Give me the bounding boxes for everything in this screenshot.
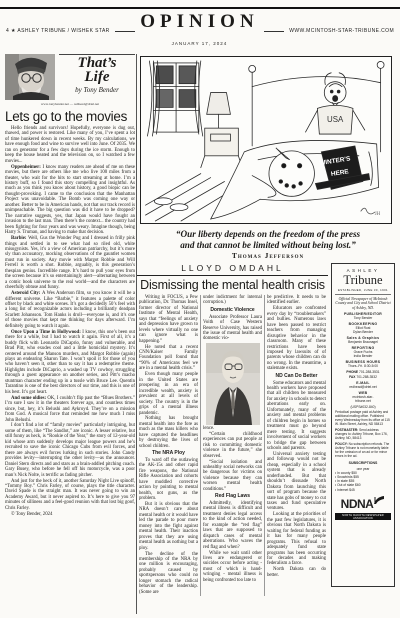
ndna-flag-icon bbox=[373, 495, 385, 505]
article-paragraph: Universal anxiety testing and followup w… bbox=[267, 452, 326, 512]
header-rule-left bbox=[115, 31, 136, 32]
article-paragraph: Associate Professor Laura Voith of Case … bbox=[203, 315, 262, 342]
article-paragraph: ND Can Do Better bbox=[267, 374, 326, 380]
article-paragraph: “Social isolation and unhealthy social n… bbox=[203, 460, 262, 493]
byline-rule bbox=[137, 275, 328, 276]
omdahl-col-3: be predictive. It needs to be identified… bbox=[264, 295, 328, 596]
article-paragraph: But it is obvious that the NRA doesn’t c… bbox=[139, 502, 198, 551]
masthead-box: ASHLEY Tribune ESTABLISHED, JUNE 30, 190… bbox=[331, 263, 395, 587]
article-paragraph: Educators are confronted every day by “t… bbox=[267, 306, 326, 371]
masthead-line: POSTMASTER: Send address changes to: Ash… bbox=[335, 429, 391, 441]
masthead-line: PHONE 701-288-3531 bbox=[335, 370, 391, 374]
header-left-text: 4 ★ ASHLEY TRIBUNE / WISHEK STAR bbox=[6, 28, 110, 34]
article-paragraph: And just for the heck of it, another Sat… bbox=[5, 479, 135, 512]
omdahl-col-1: Writing in FOCUS, a Pew publication, Dr.… bbox=[137, 295, 200, 596]
masthead-line: redhead@drtel.net bbox=[335, 385, 391, 389]
thats-life-title-box: That’s Life by Tony Bender bbox=[59, 54, 135, 100]
article-paragraph: Admittedly, identifying mental illness i… bbox=[203, 501, 262, 550]
jefferson-quote: “Our liberty depends on the freedom of t… bbox=[145, 229, 391, 260]
masthead-established: ESTABLISHED, JUNE 30, 1901 bbox=[335, 288, 391, 295]
article-paragraph: be predictive. It needs to be identified… bbox=[267, 295, 326, 306]
article-paragraph: lence. bbox=[203, 426, 262, 431]
section-title: OPINION bbox=[140, 11, 258, 32]
masthead-official: Official Newspaper of McIntosh County an… bbox=[335, 297, 391, 311]
lloyd-omdahl-photo bbox=[206, 343, 260, 425]
author-contact-line: www.tonybender.net — redhead@drtel.net bbox=[5, 102, 135, 106]
article-paragraph: Nothing has brought mental health into t… bbox=[139, 416, 198, 449]
article-paragraph: To ward off the outlawing the AK-15s and… bbox=[139, 458, 198, 502]
article-paragraph: © Tony Bender, 2024 bbox=[5, 512, 135, 517]
article-paragraph: Barbie: Well, Gus the Wonder Pug and I d… bbox=[5, 236, 135, 291]
article-paragraph: Once Upon a Time in Hollywood: I know, t… bbox=[5, 330, 135, 395]
masthead-line: SUBSCRIPTIONS bbox=[335, 461, 391, 465]
article-paragraph: Red Flag Laws bbox=[203, 494, 262, 500]
header-rule-right bbox=[264, 31, 285, 32]
article-paragraph: Oppenheimer: I know many readers are ahe… bbox=[5, 165, 135, 236]
quote-attribution: Thomas Jefferson bbox=[145, 251, 391, 260]
article-paragraph: Hello friends and survivors! Hopefully, … bbox=[5, 126, 135, 164]
thats-life-headline: Lets go to the movies bbox=[5, 109, 135, 124]
omdahl-article: LLOYD OMDAHL Dismissing the mental healt… bbox=[137, 263, 328, 596]
article-paragraph: The decline of the membership of the NRA… bbox=[139, 552, 198, 596]
masthead-line: Tony Bender bbox=[335, 316, 391, 320]
article-paragraph: North Dakota can do better. bbox=[267, 567, 326, 578]
omdahl-byline: LLOYD OMDAHL bbox=[137, 263, 328, 273]
article-paragraph: under indictment for internal corruption… bbox=[203, 295, 262, 306]
masthead-line: tribune.net bbox=[335, 399, 391, 403]
newspaper-opinion-page: 4 ★ ASHLEY TRIBUNE / WISHEK STAR OPINION… bbox=[0, 0, 400, 618]
article-paragraph: The NRA Ploy bbox=[139, 451, 198, 457]
issue-date: JANUARY 17, 2024 bbox=[172, 41, 228, 46]
omdahl-headline: Dismissing the mental health crisis bbox=[137, 278, 328, 292]
ndna-logo: NDNA NORTH DAKOTA NEWSPAPER ASSOCIATION bbox=[335, 495, 391, 521]
article-paragraph: He noted that a recent CNN/Kaiser Family… bbox=[139, 345, 198, 372]
article-paragraph: Some educators and mental health workers… bbox=[267, 381, 326, 452]
article-paragraph: Asteroid City: A Wes Anderson film, so y… bbox=[5, 291, 135, 329]
masthead-line: Dylan Bender bbox=[335, 330, 391, 334]
masthead-line: India Bender bbox=[335, 354, 391, 358]
article-paragraph: While we wait until other lives are enda… bbox=[203, 551, 262, 584]
header-right-text: WWW.MCINTOSH-STAR-TRIBUNE.COM bbox=[289, 28, 394, 34]
cartoon-shirt-text: USA bbox=[327, 115, 344, 124]
masthead-line: • Internet $45 bbox=[335, 488, 391, 492]
masthead-line: FAX 701-288-3532 bbox=[335, 375, 391, 379]
ndna-logo-text: NDNA bbox=[341, 498, 374, 510]
article-paragraph: Looking at the priorities of the past fe… bbox=[267, 512, 326, 567]
article-paragraph: Even though many people in the United St… bbox=[139, 372, 198, 416]
masthead-lines: PUBLISHER/EDITORTony BenderBOOKKEEPINGEl… bbox=[335, 312, 391, 491]
article-paragraph: Writing in FOCUS, a Pew publication, Dr.… bbox=[139, 295, 198, 344]
article-paragraph: Domestic Violence bbox=[203, 308, 262, 314]
thats-life-body: Hello friends and survivors! Hopefully, … bbox=[5, 126, 135, 517]
masthead-line: Thurs.-Fri. 8:30-5:00 bbox=[335, 364, 391, 368]
column-title: That’s Life bbox=[59, 56, 135, 85]
ndna-logo-bar: NORTH DAKOTA NEWSPAPER ASSOCIATION bbox=[335, 513, 391, 520]
thats-life-header: That’s Life by Tony Bender bbox=[5, 54, 135, 100]
masthead-line: Benjamin Braunagel bbox=[335, 340, 391, 344]
article-paragraph: I don’t find a lot of “family movies” pa… bbox=[5, 423, 135, 478]
quote-text: “Our liberty depends on the freedom of t… bbox=[145, 229, 391, 250]
article-paragraph: “Certain childhood experiences can put p… bbox=[203, 432, 262, 459]
tony-bender-photo bbox=[5, 54, 55, 100]
section-title-block: OPINION JANUARY 17, 2024 bbox=[140, 12, 258, 50]
masthead-line: POLICY: No subscription refunds. The Ash… bbox=[335, 443, 391, 458]
masthead-line: Periodical postage paid at Ashley and ad… bbox=[335, 411, 391, 426]
omdahl-col-2: under indictment for internal corruption… bbox=[200, 295, 264, 596]
masthead-name: Tribune bbox=[335, 274, 391, 287]
masthead-line: (USPS#032-840) bbox=[335, 405, 391, 409]
page-header: 4 ★ ASHLEY TRIBUNE / WISHEK STAR OPINION… bbox=[6, 12, 394, 50]
page-top-rule bbox=[0, 7, 400, 9]
thats-life-column: That’s Life by Tony Bender www.tonybende… bbox=[5, 54, 135, 518]
cartoonist-signature: JH bbox=[375, 212, 381, 217]
column-byline: by Tony Bender bbox=[59, 86, 135, 94]
article-paragraph: And some oldies: OK, I couldn’t flip pas… bbox=[5, 396, 135, 423]
editorial-cartoon: USA WINTER’S HERE JH bbox=[140, 56, 392, 224]
